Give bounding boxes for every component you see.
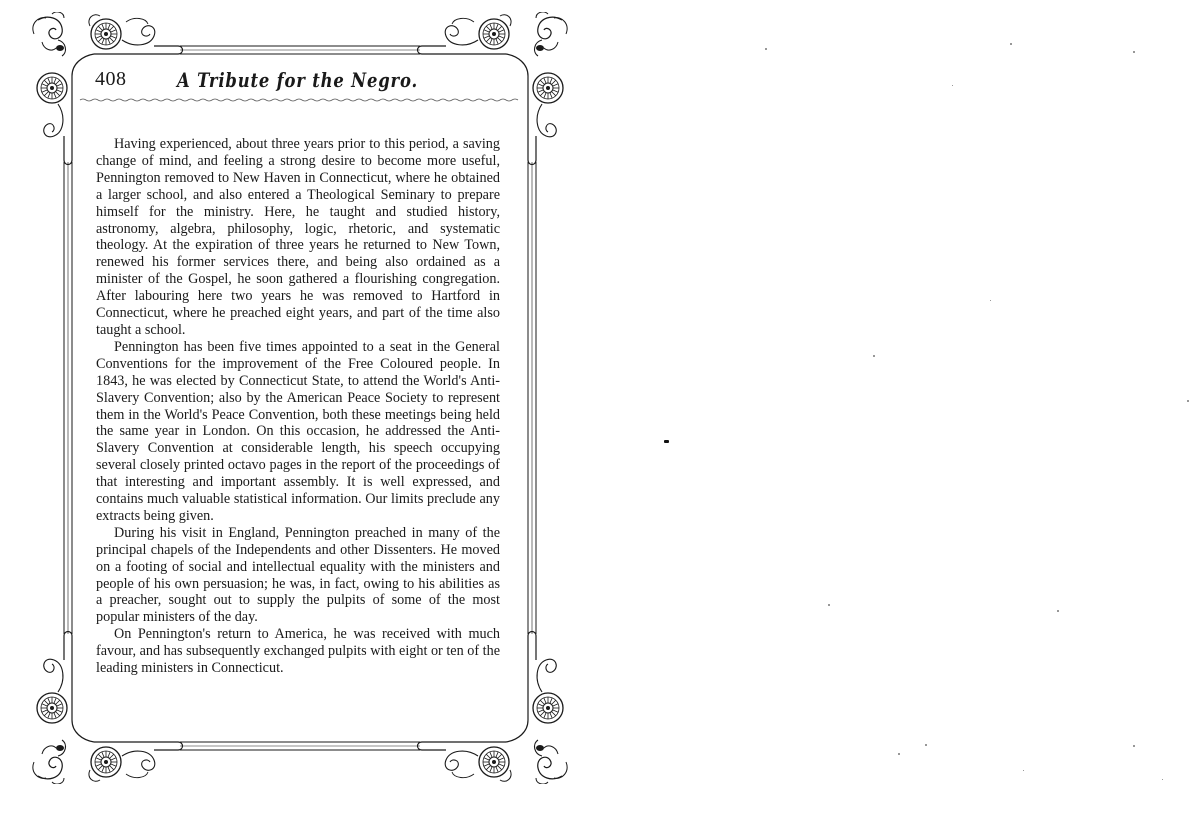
page-number: 408 xyxy=(95,68,127,91)
scan-speck xyxy=(828,604,830,606)
scan-speck xyxy=(765,48,767,50)
running-head: 408 A Tribute for the Negro. xyxy=(95,68,509,98)
scan-speck xyxy=(1057,610,1059,612)
book-page: 408 A Tribute for the Negro. Having expe… xyxy=(30,12,570,784)
scan-speck xyxy=(873,355,875,357)
paragraph: During his visit in England, Pennington … xyxy=(96,525,500,626)
running-title: A Tribute for the Negro. xyxy=(177,68,418,92)
scan-speck xyxy=(1133,51,1135,53)
scan-speck xyxy=(952,85,953,86)
scan-speck xyxy=(1162,779,1163,780)
paragraph: Pennington has been five times appointed… xyxy=(96,339,500,525)
scan-speck xyxy=(1133,745,1135,747)
scan-speck xyxy=(898,753,900,755)
scan-speck xyxy=(1023,770,1024,771)
scan-speck xyxy=(925,744,927,746)
paragraph: Having experienced, about three years pr… xyxy=(96,136,500,339)
paragraph: On Pennington's return to America, he wa… xyxy=(96,626,500,677)
scan-speck xyxy=(664,440,669,443)
body-text: Having experienced, about three years pr… xyxy=(96,136,500,677)
scan-speck xyxy=(1010,43,1012,45)
scan-speck xyxy=(990,300,991,301)
scan-speck xyxy=(1187,400,1189,402)
